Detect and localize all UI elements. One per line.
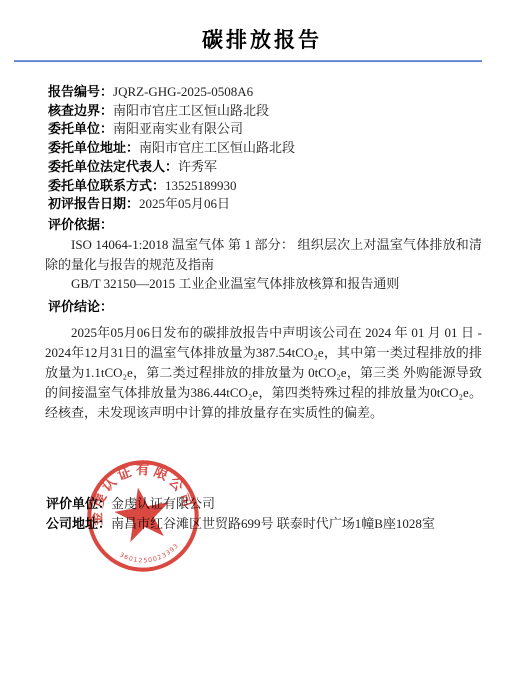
stamp-star-icon <box>111 483 174 544</box>
evaluation-conclusion-section: 评价结论： 2025年05月06日发布的碳排放报告中声明该公司在 2024 年 … <box>45 297 482 423</box>
field-label: 初评报告日期： <box>48 196 139 211</box>
field-value: JQRZ-GHG-2025-0508A6 <box>113 84 253 99</box>
report-page: 碳排放报告 报告编号：JQRZ-GHG-2025-0508A6 核查边界：南阳市… <box>0 0 524 680</box>
field-value: 13525189930 <box>165 178 237 193</box>
field-client: 委托单位：南阳亚南实业有限公司 <box>48 120 494 139</box>
field-contact-phone: 委托单位联系方式：13525189930 <box>48 177 494 196</box>
basis-item-iso: ISO 14064-1:2018 温室气体 第 1 部分： 组织层次上对温室气体… <box>45 235 482 274</box>
field-value: 许秀军 <box>178 159 217 174</box>
stamp-serial-number: 3601250023393 <box>117 541 182 569</box>
field-legal-representative: 委托单位法定代表人：许秀军 <box>48 158 494 177</box>
title-divider <box>14 60 482 62</box>
evaluation-basis-label: 评价依据： <box>48 215 482 235</box>
field-client-address: 委托单位地址：南阳市官庄工区恒山路北段 <box>48 139 494 158</box>
page-title: 碳排放报告 <box>0 0 524 54</box>
field-label: 报告编号： <box>48 84 113 99</box>
field-label: 核查边界： <box>48 103 113 118</box>
field-label: 委托单位： <box>48 121 113 136</box>
field-report-date: 初评报告日期：2025年05月06日 <box>48 195 494 214</box>
evaluation-basis-section: 评价依据： ISO 14064-1:2018 温室气体 第 1 部分： 组织层次… <box>45 215 482 294</box>
field-value: 南阳市官庄工区恒山路北段 <box>113 103 269 118</box>
field-value: 2025年05月06日 <box>139 196 230 211</box>
conclusion-text: 2025年05月06日发布的碳排放报告中声明该公司在 2024 年 01 月 0… <box>45 323 482 423</box>
field-label: 委托单位地址： <box>48 140 139 155</box>
field-value: 南阳亚南实业有限公司 <box>113 121 243 136</box>
field-value: 南阳市官庄工区恒山路北段 <box>139 140 295 155</box>
field-report-number: 报告编号：JQRZ-GHG-2025-0508A6 <box>48 83 494 102</box>
report-fields: 报告编号：JQRZ-GHG-2025-0508A6 核查边界：南阳市官庄工区恒山… <box>48 83 494 214</box>
company-seal-stamp-icon: 金虔认证有限公司 3601250023393 <box>76 449 210 583</box>
field-verification-boundary: 核查边界：南阳市官庄工区恒山路北段 <box>48 102 494 121</box>
field-label: 委托单位法定代表人： <box>48 159 178 174</box>
field-label: 委托单位联系方式： <box>48 178 165 193</box>
evaluation-conclusion-label: 评价结论： <box>48 297 482 317</box>
basis-item-gbt: GB/T 32150—2015 工业企业温室气体排放核算和报告通则 <box>45 274 482 294</box>
